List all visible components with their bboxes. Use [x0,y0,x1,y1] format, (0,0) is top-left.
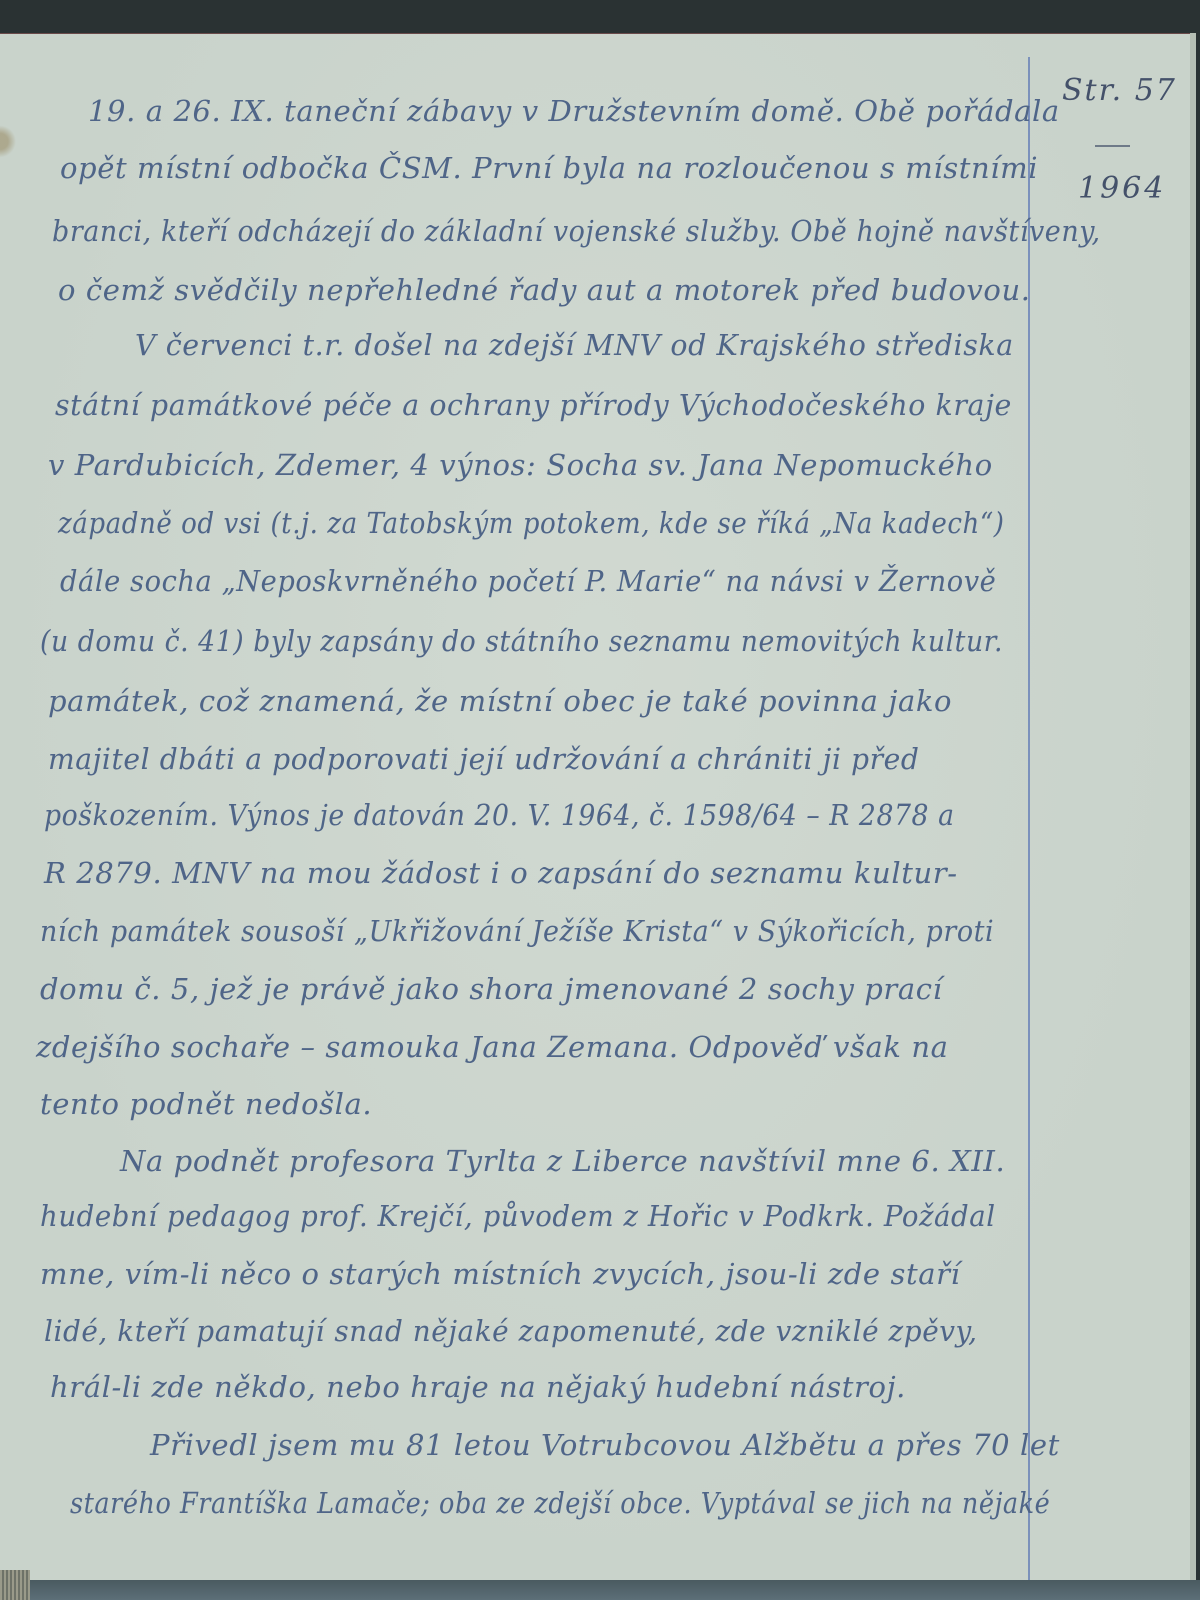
text-line: (u domu č. 41) byly zapsány do státního … [40,621,1003,661]
text-line: majitel dbáti a podporovati její udržová… [48,739,919,779]
text-line: R 2879. MNV na mou žádost i o zapsání do… [44,853,958,893]
text-line: opět místní odbočka ČSM. První byla na r… [60,148,1038,188]
year-note: 1964 [1078,171,1166,206]
background-surface [0,1580,1200,1600]
book-binding-thread [0,1570,30,1600]
chronicle-page: Str. 57 1964 19. a 26. IX. taneční zábav… [0,33,1196,1582]
text-line: branci, kteří odcházejí do základní voje… [52,211,1101,251]
text-line: v Pardubicích, Zdemer, 4 výnos: Socha sv… [48,445,993,485]
margin-dash [1095,145,1130,147]
text-line: západně od vsi (t.j. za Tatobským potoke… [58,503,1004,543]
text-line: lidé, kteří pamatují snad nějaké zapomen… [44,1311,978,1351]
page-number: Str. 57 [1062,73,1177,108]
text-line: Na podnět profesora Tyrlta z Liberce nav… [120,1141,1005,1181]
text-line: hrál-li zde někdo, nebo hraje na nějaký … [50,1367,906,1407]
text-line: dále socha „Neposkvrněného početí P. Mar… [60,561,996,601]
text-line: státní památkové péče a ochrany přírody … [55,385,1012,425]
text-line: starého Frantíška Lamače; oba ze zdejší … [70,1483,1050,1523]
text-line: o čemž svědčily nepřehledné řady aut a m… [58,270,1031,310]
text-line: zdejšího sochaře – samouka Jana Zemana. … [36,1027,949,1067]
text-line: hudební pedagog prof. Krejčí, původem z … [40,1196,996,1236]
text-line: V červenci t.r. došel na zdejší MNV od K… [135,325,1014,365]
text-line: ních památek sousoší „Ukřižování Ježíše … [40,911,994,951]
text-line: poškozením. Výnos je datován 20. V. 1964… [44,795,955,835]
text-line: památek, což znamená, že místní obec je … [48,681,952,721]
text-line: tento podnět nedošla. [40,1084,372,1124]
handwritten-text-body: 19. a 26. IX. taneční zábavy v Družstevn… [0,33,1040,1582]
text-line: Přivedl jsem mu 81 letou Votrubcovou Alž… [150,1425,1060,1465]
text-line: 19. a 26. IX. taneční zábavy v Družstevn… [88,91,1060,131]
text-line: domu č. 5, jež je právě jako shora jmeno… [40,969,943,1009]
text-line: mne, vím-li něco o starých místních zvyc… [40,1254,960,1294]
